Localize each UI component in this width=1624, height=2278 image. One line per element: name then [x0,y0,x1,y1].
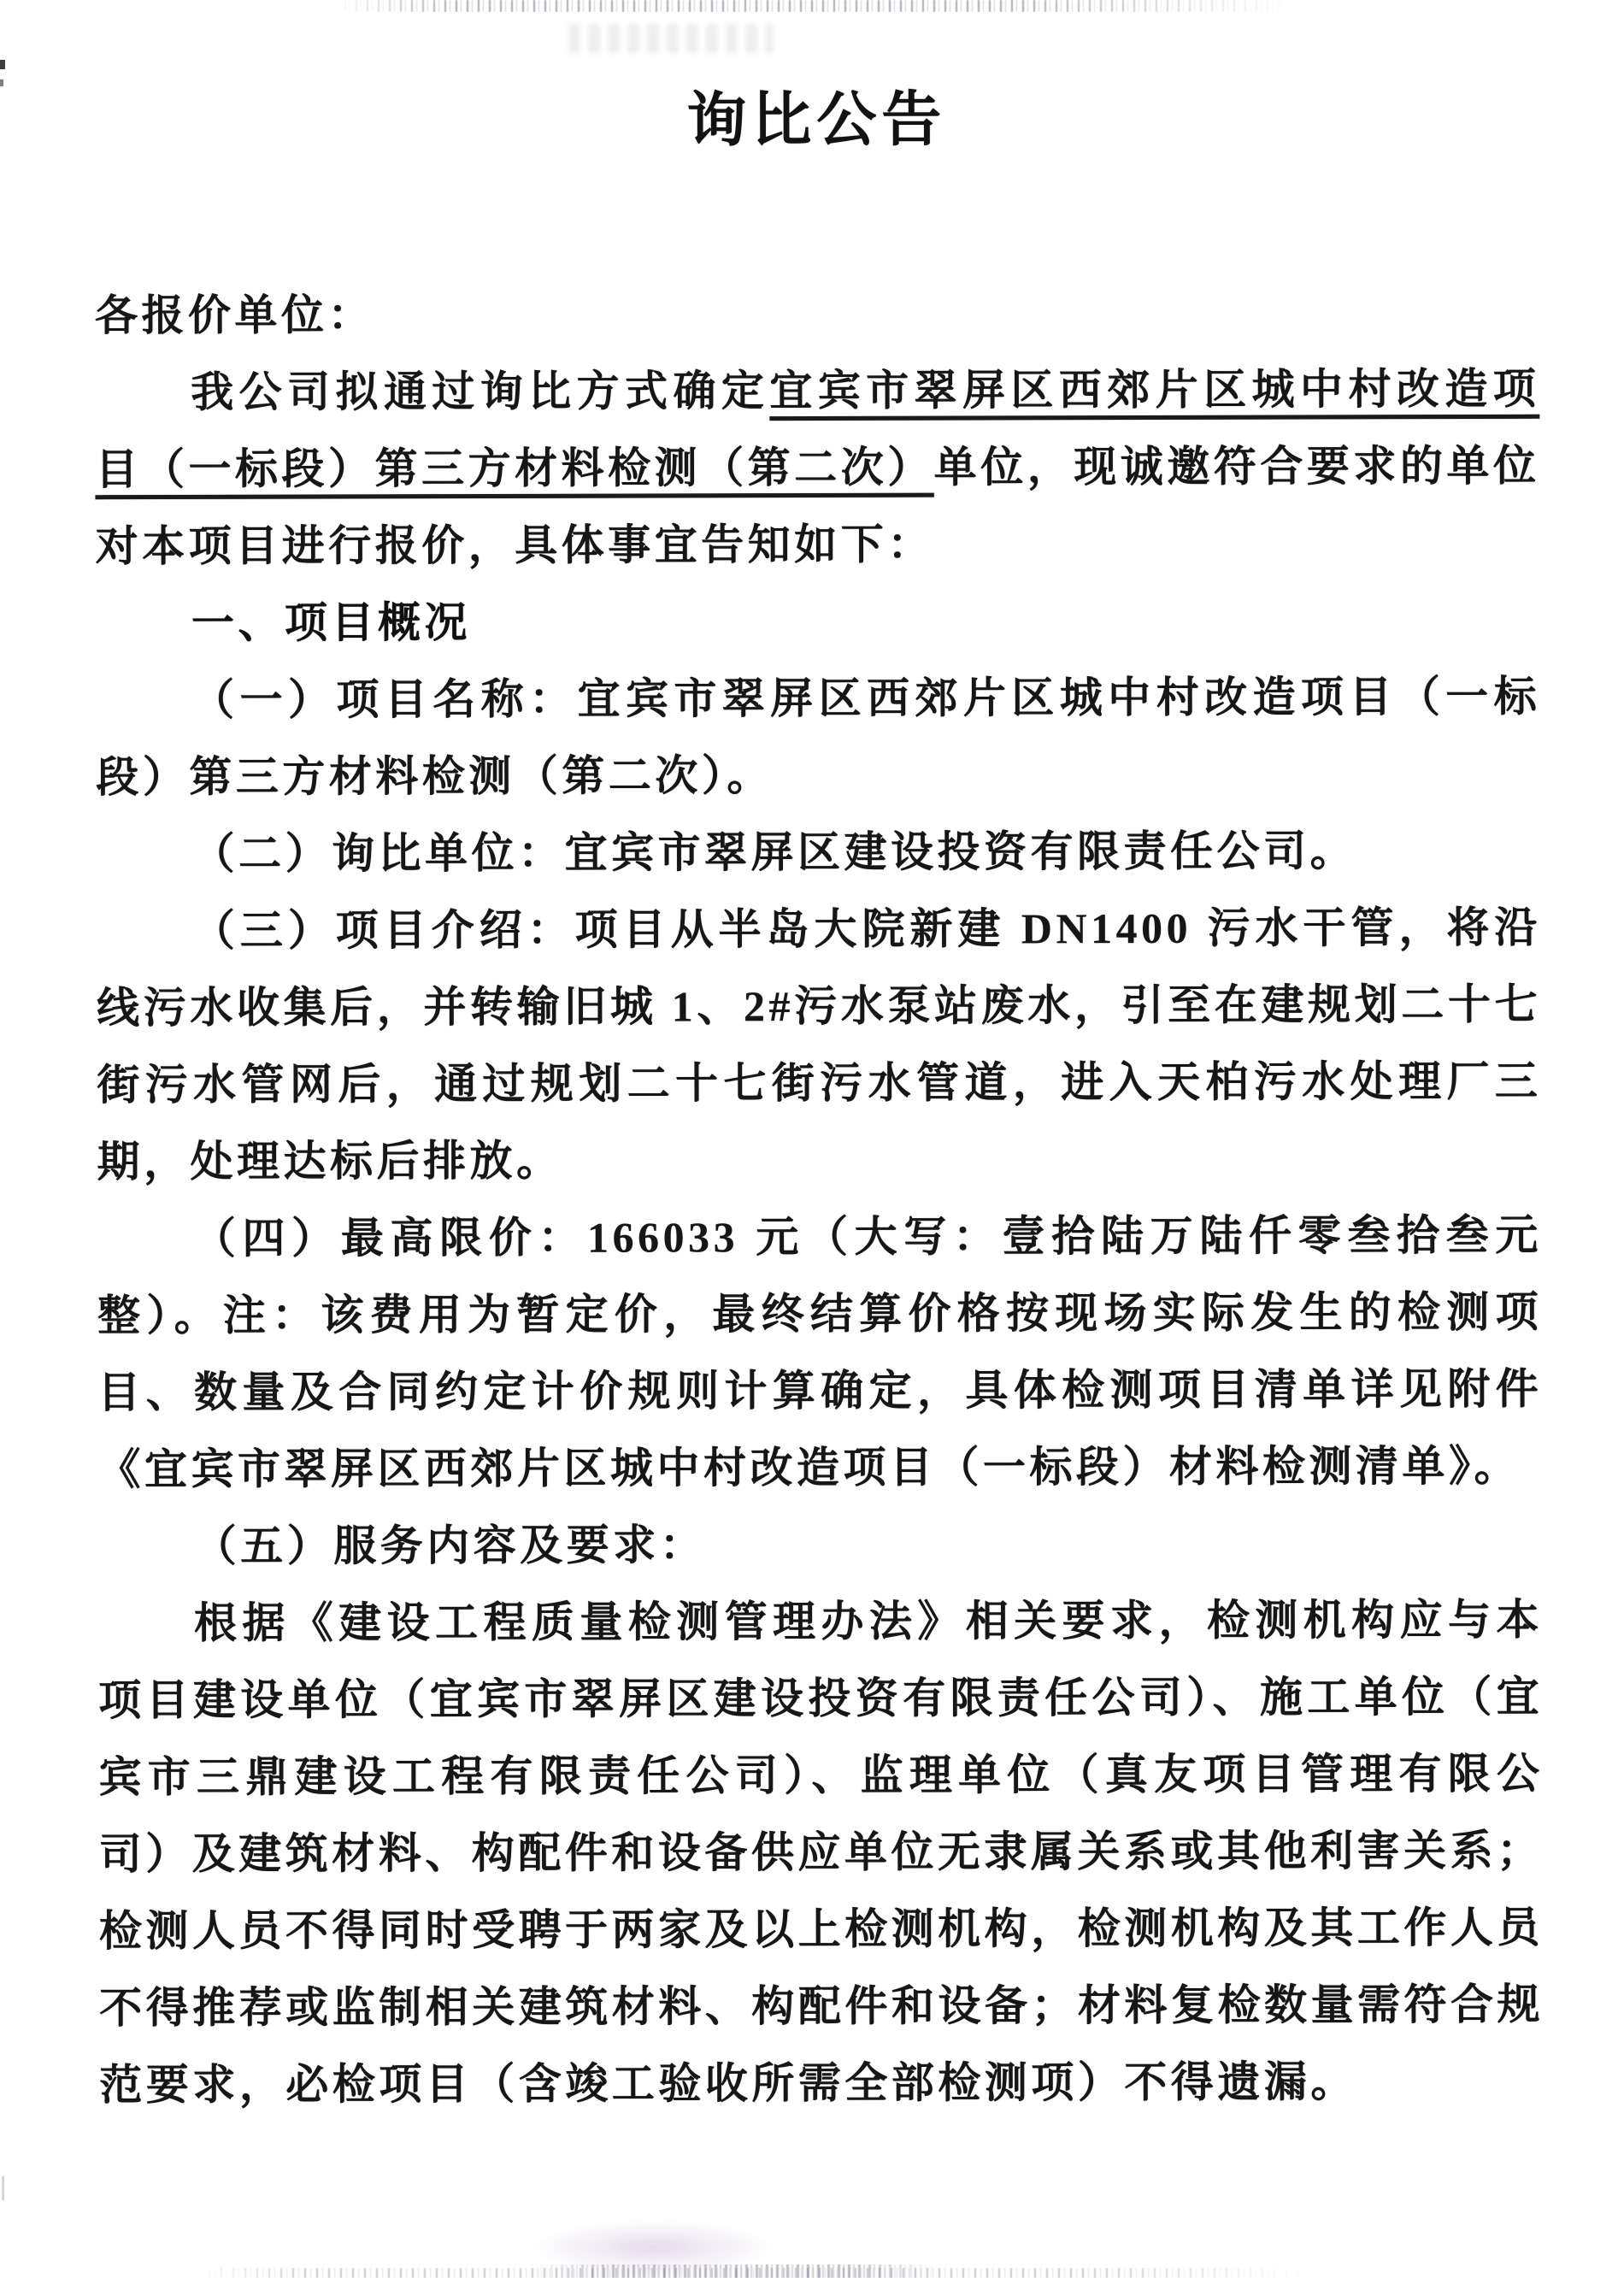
scan-smudge [530,2220,778,2275]
salutation-line: 各报价单位： [95,274,1539,354]
intro-paragraph: 我公司拟通过询比方式确定宜宾市翠屏区西郊片区城中村改造项目（一标段）第三方材料检… [95,350,1540,585]
item-project-name-label: （一）项目名称： [191,675,578,724]
scan-edge-mark [2,2176,4,2200]
section-1-heading: 一、项目概况 [96,581,1540,662]
intro-text-pre: 我公司拟通过询比方式确定 [191,367,769,416]
item-service-requirements: （五）服务内容及要求： [98,1504,1543,1585]
item-inquiry-unit-text: 宜宾市翠屏区建设投资有限责任公司。 [565,827,1357,876]
document-title: 询比公告 [94,82,1539,157]
item-project-intro-label: （三）项目介绍： [192,906,575,955]
service-requirements-paragraph: 根据《建设工程质量检测管理办法》相关要求，检测机构应与本项目建设单位（宜宾市翠屏… [98,1581,1545,2123]
item-project-intro: （三）项目介绍：项目从半岛大院新建 DN1400 污水干管，将沿线污水收集后，并… [97,889,1542,1200]
item-price-limit: （四）最高限价：166033 元（大写：壹拾陆万陆仟零叁拾叁元整）。注：该费用为… [97,1197,1543,1508]
scanned-announcement-page: 询比公告 各报价单位： 我公司拟通过询比方式确定宜宾市翠屏区西郊片区城中村改造项… [0,0,1624,2278]
scan-edge-mark [0,79,3,86]
scan-edge-mark [0,60,5,69]
item-inquiry-unit-label: （二）询比单位： [192,829,565,878]
item-project-name: （一）项目名称：宜宾市翠屏区西郊片区城中村改造项目（一标段）第三方材料检测（第二… [96,658,1540,815]
item-inquiry-unit: （二）询比单位：宜宾市翠屏区建设投资有限责任公司。 [96,812,1540,892]
document-content: 询比公告 各报价单位： 我公司拟通过询比方式确定宜宾市翠屏区西郊片区城中村改造项… [94,0,1544,2123]
item-price-limit-label: （四）最高限价： [193,1214,587,1263]
item-service-requirements-label: （五）服务内容及要求： [194,1521,707,1570]
